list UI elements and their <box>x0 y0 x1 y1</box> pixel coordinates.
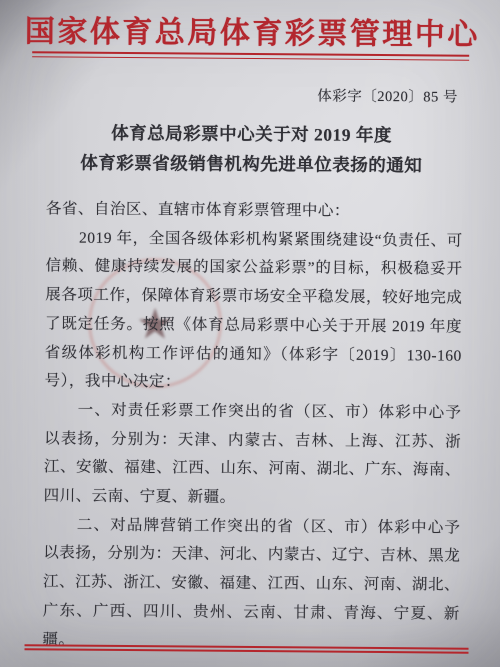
salutation: 各省、自治区、直辖市体育彩票管理中心： <box>46 195 463 227</box>
photo-paper-background: 国家体育总局体育彩票管理中心 体彩字〔2020〕85 号 体育总局彩票中心关于对… <box>0 0 500 667</box>
notice-title-line1: 体育总局彩票中心关于对 2019 年度 <box>1 117 500 151</box>
letterhead-title: 国家体育总局体育彩票管理中心 <box>2 6 500 54</box>
document-number: 体彩字〔2020〕85 号 <box>317 85 458 107</box>
paragraph-item-1: 一、对责任彩票工作突出的省（区、市）体彩中心予以表扬，分别为：天津、内蒙古、吉林… <box>44 396 462 514</box>
paragraph-overview: 2019 年，全国各级体彩机构紧紧围绕建设“负责任、可信赖、健康持续发展的国家公… <box>45 224 463 399</box>
notice-title-line2: 体育彩票省级销售机构先进单位表扬的通知 <box>1 147 500 181</box>
official-document: 国家体育总局体育彩票管理中心 体彩字〔2020〕85 号 体育总局彩票中心关于对… <box>0 0 500 667</box>
document-body: 各省、自治区、直辖市体育彩票管理中心： 2019 年，全国各级体彩机构紧紧围绕建… <box>42 195 463 658</box>
notice-title: 体育总局彩票中心关于对 2019 年度 体育彩票省级销售机构先进单位表扬的通知 <box>1 117 500 181</box>
paragraph-item-2: 二、对品牌营销工作突出的省（区、市）体彩中心予以表扬，分别为：天津、河北、内蒙古… <box>42 511 460 658</box>
